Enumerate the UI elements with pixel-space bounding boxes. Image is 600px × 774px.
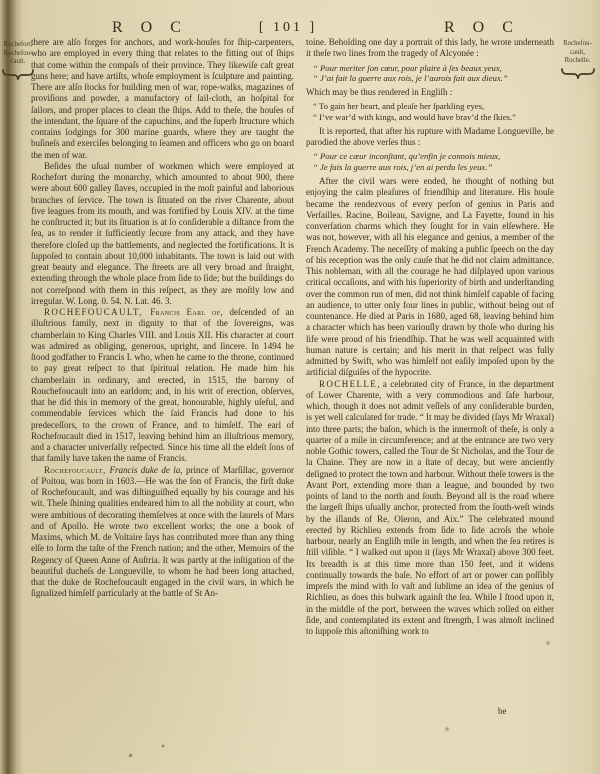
paragraph-text: Beſides the uſual number of workmen whic… (31, 161, 294, 306)
binding-gutter (0, 0, 30, 774)
entry-headword: ROCHEFOUCAULT, (44, 307, 150, 317)
left-column: there are alſo forges for anchors, and w… (31, 37, 294, 637)
verse-line: “ I’ve war’d with kings, and would have … (313, 112, 554, 123)
margin-note-right: Rochefou- cault, Rochelle. (555, 40, 600, 79)
entry-person-name: Francis Earl of, (150, 307, 229, 317)
margin-note-line: Rochefou- (1, 50, 35, 59)
paragraph-entry-rochefoucault-earl: ROCHEFOUCAULT, Francis Earl of, deſcende… (31, 307, 294, 465)
paragraph: After the civil wars were ended, he thou… (306, 176, 554, 379)
paper-speck (545, 640, 551, 646)
french-verse-1: “ Pour meriter ſon cœur, pour plaire à ſ… (313, 63, 554, 85)
margin-brace-icon (2, 69, 34, 80)
entry-person-name: Francis duke de la (109, 465, 180, 475)
paragraph: Which may be thus rendered in Engliſh : (306, 87, 554, 98)
paragraph-text: , prince of Marſillac, governor of Poito… (31, 465, 294, 599)
paragraph-text: deſcended of an illuſtrious family, next… (31, 307, 294, 463)
verse-line: “ Pour meriter ſon cœur, pour plaire à ſ… (313, 63, 554, 74)
paper-speck (128, 753, 133, 758)
verse-line: “ J’ai fait la guerre aux rois, je l’aur… (313, 73, 554, 84)
paragraph: It is reported, that after his rupture w… (306, 126, 554, 149)
paragraph: toine. Beholding one day a portrait of t… (306, 37, 554, 60)
paragraph-text: After the civil wars were ended, he thou… (306, 176, 554, 377)
catchword: be (498, 706, 507, 716)
paragraph: there are alſo forges for anchors, and w… (31, 37, 294, 161)
running-title-left: R O C (112, 19, 188, 37)
verse-line: “ Pour ce cœur inconſtant, qu’enfin je c… (313, 151, 554, 162)
entry-headword: ROCHELLE (319, 379, 377, 389)
running-title-right: R O C (444, 19, 520, 37)
margin-note-left: Rochefort, Rochefou- cault. (1, 41, 35, 80)
paragraph-text: It is reported, that after his rupture w… (306, 126, 554, 147)
page-right-edge (590, 0, 600, 774)
paragraph-text: toine. Beholding one day a portrait of t… (306, 37, 554, 58)
paragraph-text: Which may be thus rendered in Engliſh : (306, 87, 452, 97)
paragraph-text: there are alſo forges for anchors, and w… (31, 37, 294, 160)
right-column: toine. Beholding one day a portrait of t… (306, 37, 554, 637)
verse-line: “ Je fais la guerre aux rois, j’en ai pe… (313, 162, 554, 173)
entry-headword: Rochefoucault, (44, 465, 109, 475)
margin-note-line: cault. (1, 58, 35, 67)
margin-note-line: Rochelle. (555, 57, 600, 66)
paragraph-entry-rochelle: ROCHELLE, a celebrated city of France, i… (306, 379, 554, 638)
paper-speck (161, 744, 165, 748)
paragraph: Beſides the uſual number of workmen whic… (31, 161, 294, 307)
margin-brace-icon (561, 68, 595, 79)
text-block: there are alſo forges for anchors, and w… (31, 37, 554, 637)
margin-note-line: Rochefort, (1, 41, 35, 50)
margin-note-line: cault, (555, 49, 600, 58)
paragraph-text: , a celebrated city of France, in the de… (306, 379, 554, 637)
english-verse: “ To gain her heart, and pleaſe her ſpar… (313, 101, 554, 123)
paragraph-entry-rochefoucault-duke: Rochefoucault, Francis duke de la, princ… (31, 465, 294, 600)
margin-note-line: Rochefou- (555, 40, 600, 49)
verse-line: “ To gain her heart, and pleaſe her ſpar… (313, 101, 554, 112)
scanned-book-page: R O C [ 101 ] R O C Rochefort, Rochefou-… (0, 0, 600, 774)
page-number: [ 101 ] (259, 20, 317, 36)
french-verse-2: “ Pour ce cœur inconſtant, qu’enfin je c… (313, 151, 554, 173)
